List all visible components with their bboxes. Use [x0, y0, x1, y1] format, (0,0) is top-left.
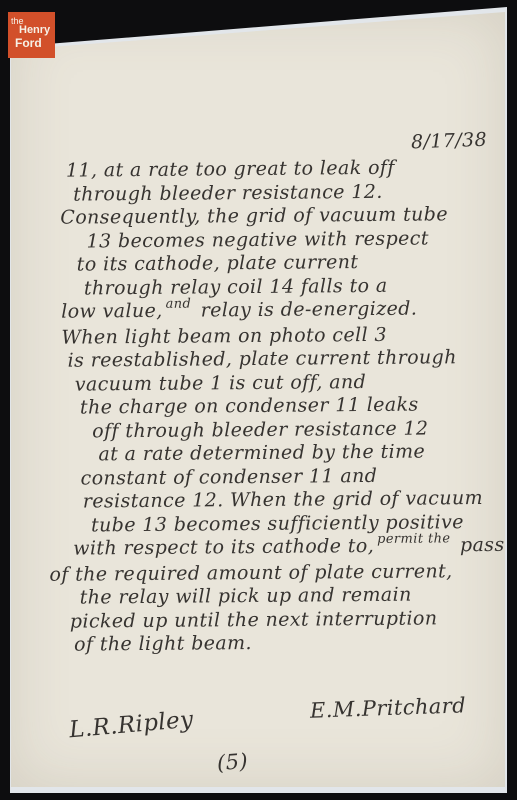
- handwritten-body: 11, at a rate too great to leak off thro…: [9, 156, 499, 658]
- handwritten-line: resistance 12. When the grid of vacuum: [83, 487, 498, 514]
- handwritten-line: picked up until the next interruption: [70, 606, 499, 633]
- handwritten-line: through relay coil 14 falls to a: [84, 273, 496, 300]
- inserted-word: and: [165, 293, 191, 317]
- document-date: 8/17/38: [411, 129, 488, 154]
- handwritten-line: of the required amount of plate current,: [49, 559, 498, 586]
- page-number: (5): [216, 749, 249, 775]
- inserted-words: permit the: [377, 527, 451, 551]
- handwritten-line: at a rate determined by the time: [98, 440, 497, 467]
- logo-word-ford: Ford: [15, 37, 42, 49]
- scanned-document-view: 8/17/38 11, at a rate too great to leak …: [0, 0, 517, 800]
- document-paper: 8/17/38 11, at a rate too great to leak …: [11, 12, 505, 787]
- line-text: passage: [453, 534, 517, 557]
- logo-word-henry: Henry: [19, 25, 50, 36]
- handwritten-line: with respect to its cathode to,permit th…: [73, 534, 498, 563]
- line-text: with respect to its cathode to,: [73, 535, 374, 560]
- signature-ripley: L.R.Ripley: [68, 707, 194, 744]
- handwritten-line: is reestablished, plate current through: [67, 346, 496, 373]
- line-text: relay is de-energized.: [194, 298, 417, 322]
- handwritten-line: 13 becomes negative with respect: [86, 226, 495, 253]
- line-text: low value,: [61, 300, 163, 323]
- henry-ford-logo: the Henry Ford: [8, 12, 55, 58]
- handwritten-line: off through bleeder resistance 12: [92, 416, 497, 443]
- handwritten-line: low value,and relay is de-energized.: [61, 297, 496, 326]
- handwritten-line: Consequently, the grid of vacuum tube: [60, 203, 495, 230]
- handwritten-line: of the light beam.: [74, 630, 499, 657]
- signature-pritchard: E.M.Pritchard: [310, 693, 467, 722]
